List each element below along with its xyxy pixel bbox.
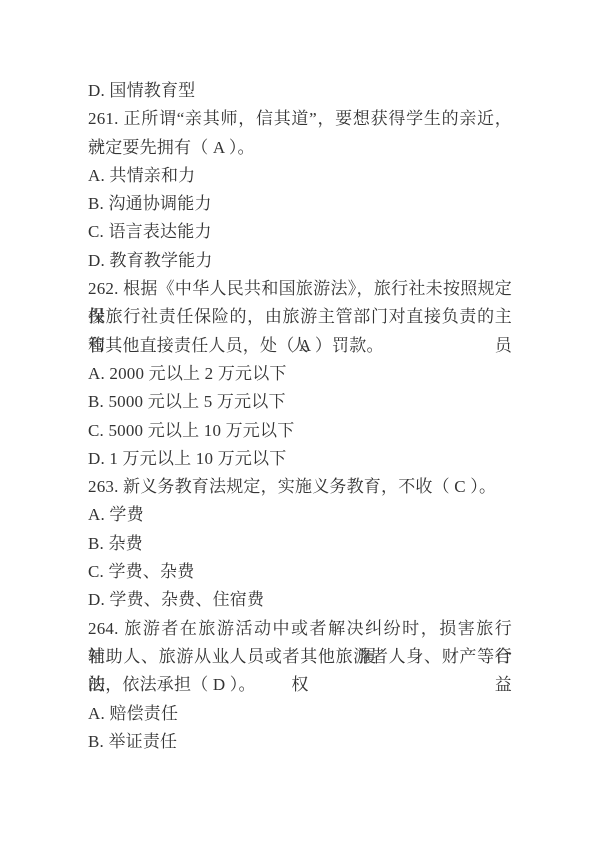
question-261-option-a: A. 共情亲和力 [88,162,512,190]
document-page: D. 国情教育型 261. 正所谓“亲其师，信其道”，要想获得学生的亲近，就 一… [0,0,600,849]
question-263-option-b: B. 杂费 [88,530,512,558]
question-262-option-d: D. 1 万元以上 10 万元以下 [88,445,512,473]
question-260-option-d: D. 国情教育型 [88,77,512,105]
question-264-stem-line-1: 264. 旅游者在旅游活动中或者解决纠纷时，损害旅行社、履行 [88,615,512,643]
question-263-stem-line-1: 263. 新义务教育法规定，实施义务教育，不收（ C ）。 [88,473,512,501]
question-262-option-b: B. 5000 元以上 5 万元以下 [88,388,512,416]
question-261-stem-line-2: 一定要先拥有（ A ）。 [88,134,512,162]
question-263-option-d: D. 学费、杂费、住宿费 [88,586,512,614]
question-262-option-c: C. 5000 元以上 10 万元以下 [88,417,512,445]
question-263-option-c: C. 学费、杂费 [88,558,512,586]
question-261-option-b: B. 沟通协调能力 [88,190,512,218]
question-262-option-a: A. 2000 元以上 2 万元以下 [88,360,512,388]
question-261-option-c: C. 语言表达能力 [88,218,512,246]
question-263-option-a: A. 学费 [88,501,512,529]
question-262-stem-line-1: 262. 根据《中华人民共和国旅游法》，旅行社未按照规定投 [88,275,512,303]
question-264-option-b: B. 举证责任 [88,728,512,756]
question-264-stem-line-2: 辅助人、旅游从业人员或者其他旅游者人身、财产等合法权益 [88,643,512,671]
question-261-stem-line-1: 261. 正所谓“亲其师，信其道”，要想获得学生的亲近，就 [88,105,512,133]
question-261-option-d: D. 教育教学能力 [88,247,512,275]
exam-text-block: D. 国情教育型 261. 正所谓“亲其师，信其道”，要想获得学生的亲近，就 一… [88,77,512,756]
question-264-option-a: A. 赔偿责任 [88,700,512,728]
question-262-stem-line-2: 保旅行社责任保险的，由旅游主管部门对直接负责的主管人员 [88,303,512,331]
